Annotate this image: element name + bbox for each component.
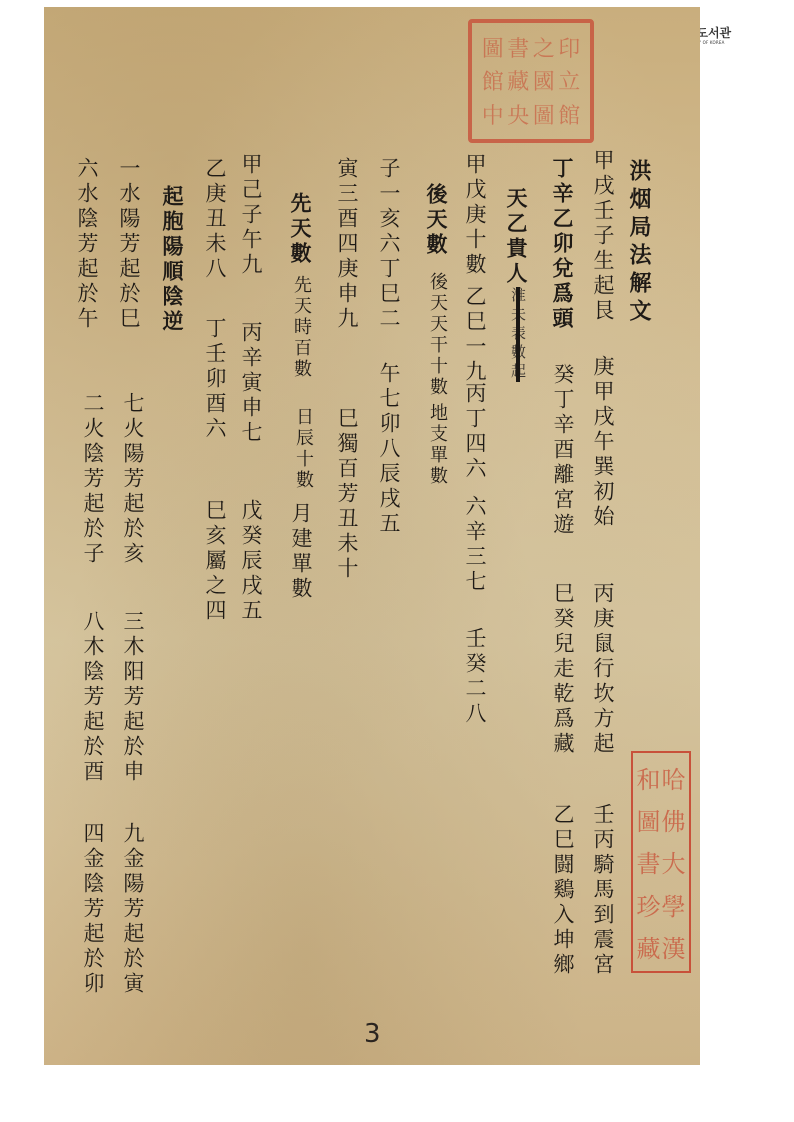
numbers-col4-e: 壬癸二八	[464, 627, 485, 727]
branches-col6-b: 午七卯八辰戌五	[378, 362, 399, 537]
red-seal-right: 哈佛大學漢 和圖書珍藏	[631, 751, 691, 973]
elements-col12-c: 三木阳芳起於申	[122, 610, 143, 785]
verse-col1-extra1: 丙庚鼠行坎方起	[592, 582, 613, 757]
qibao-heading: 起胞陽順陰逆	[162, 185, 183, 335]
elements-col12-d: 九金陽芳起於寅	[122, 822, 143, 997]
stems-col9-c: 戊癸辰戌五	[240, 499, 261, 624]
xiantian-days: 日辰十數	[294, 407, 312, 491]
elements-col13-d: 四金陰芳起於卯	[82, 822, 103, 997]
numbers-col4-d: 六辛三七	[464, 495, 485, 595]
xiantian-heading: 先天數	[290, 192, 311, 267]
scan-canvas: 국립중앙도서관 THE NATIONAL LIBRARY OF KOREA 圖書…	[0, 0, 794, 1122]
xiantian-months: 月建單數	[290, 502, 311, 602]
branches-col6-a: 子一亥六丁巳二	[378, 157, 399, 332]
verse-col1-bottom: 庚甲戌午巽初始	[592, 355, 613, 530]
crossed-out-text: 淮夫表數起	[510, 287, 525, 382]
tianyi-guiren-heading: 天乙貴人	[506, 187, 527, 287]
elements-col12-a: 一水陽芳起於巳	[118, 157, 139, 332]
elements-col13-b: 二火陰芳起於子	[82, 392, 103, 567]
stems-col9-a: 甲己子午九	[240, 153, 261, 278]
page-number: 3	[364, 1019, 381, 1049]
verse-col2-extra1: 巳癸兒走乾爲藏	[552, 582, 573, 757]
branches-col7-b: 巳獨百芳丑未十	[336, 407, 357, 582]
houtian-branches: 地支單數	[428, 403, 446, 487]
red-seal-top: 圖書之印 館藏國立 中央圖館	[468, 19, 594, 143]
stems-col10-c: 巳亥屬之四	[204, 499, 225, 624]
document-title: 洪烟局法解文	[628, 159, 650, 327]
houtian-heading: 後天數	[426, 183, 447, 258]
xiantian-hours: 先天時百數	[292, 275, 310, 380]
stems-col9-b: 丙辛寅申七	[240, 321, 261, 446]
branches-col7-a: 寅三酉四庚申九	[336, 157, 357, 332]
stems-col10-b: 丁壬卯酉六	[204, 317, 225, 442]
elements-col12-b: 七火陽芳起於亥	[122, 392, 143, 567]
numbers-col4-a: 甲戊庚十數	[464, 153, 485, 278]
elements-col13-c: 八木陰芳起於酉	[82, 610, 103, 785]
elements-col13-a: 六水陰芳起於午	[76, 157, 97, 332]
houtian-stems: 後天天干十數	[428, 272, 446, 398]
numbers-col4-c: 丙丁四六	[464, 382, 485, 482]
stems-col10-a: 乙庚丑未八	[204, 157, 225, 282]
verse-col1-top: 甲戌壬子生起艮	[592, 149, 613, 324]
manuscript-page: 圖書之印 館藏國立 中央圖館 哈佛大學漢 和圖書珍藏 洪烟局法解文 甲戌壬子生起…	[44, 7, 700, 1065]
numbers-col4-b: 乙巳一九	[464, 285, 485, 385]
verse-col2-extra2: 乙巳闘鷄入坤鄉	[552, 803, 573, 978]
verse-col2-top: 丁辛乙卯兌爲頭	[552, 157, 573, 332]
verse-col2-bottom: 癸丁辛酉離宮遊	[552, 363, 573, 538]
verse-col1-extra2: 壬丙騎馬到震宮	[592, 803, 613, 978]
